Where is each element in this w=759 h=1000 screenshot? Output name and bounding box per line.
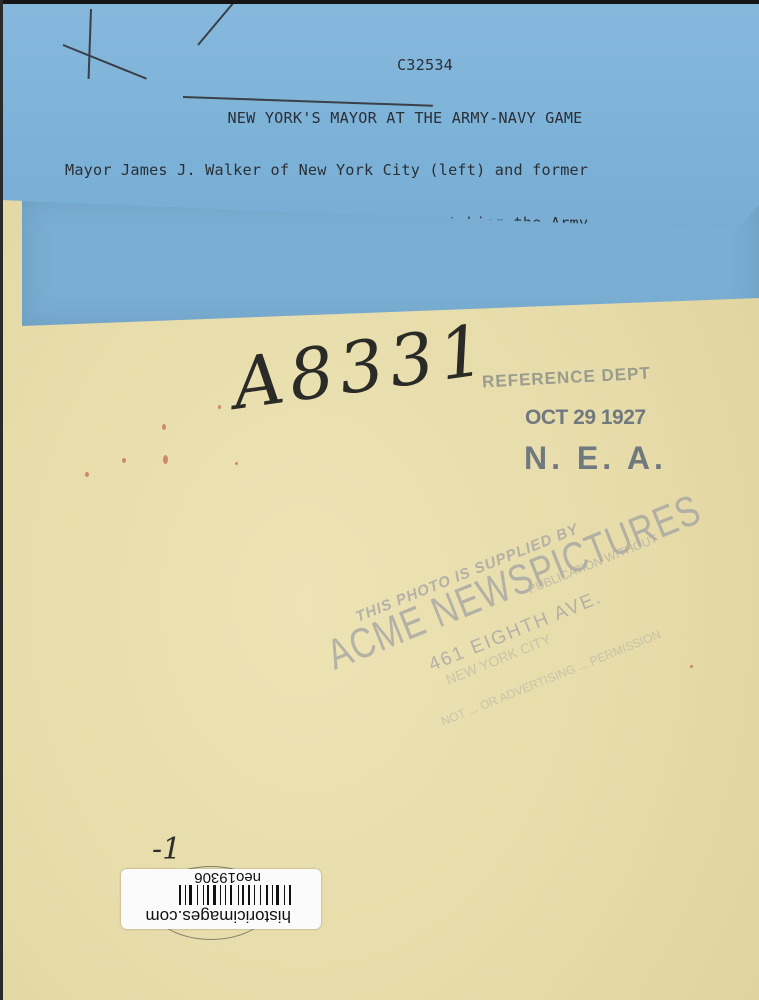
caption-slip: C32534 NEW YORK'S MAYOR AT THE ARMY-NAVY…	[3, 4, 759, 232]
caption-serial: C32534	[75, 57, 735, 75]
nea-stamp: N. E. A.	[524, 440, 667, 477]
label-code: neo19306	[194, 869, 261, 886]
caption-line: Mayor James J. Walker of New York City (…	[65, 162, 735, 180]
date-stamp: OCT 29 1927	[525, 406, 646, 430]
stain	[690, 665, 693, 668]
handwritten-mark: -1	[152, 832, 181, 867]
stain	[163, 455, 168, 464]
stain	[85, 472, 89, 477]
stain	[235, 462, 238, 465]
stain	[162, 424, 166, 430]
caption-headline: NEW YORK'S MAYOR AT THE ARMY-NAVY GAME	[75, 110, 735, 128]
stain	[122, 458, 126, 463]
barcode-icon	[161, 885, 291, 905]
label-site: historicimages.com	[146, 906, 292, 926]
stain	[218, 405, 221, 409]
barcode-label: historicimages.com neo19306	[121, 869, 321, 929]
